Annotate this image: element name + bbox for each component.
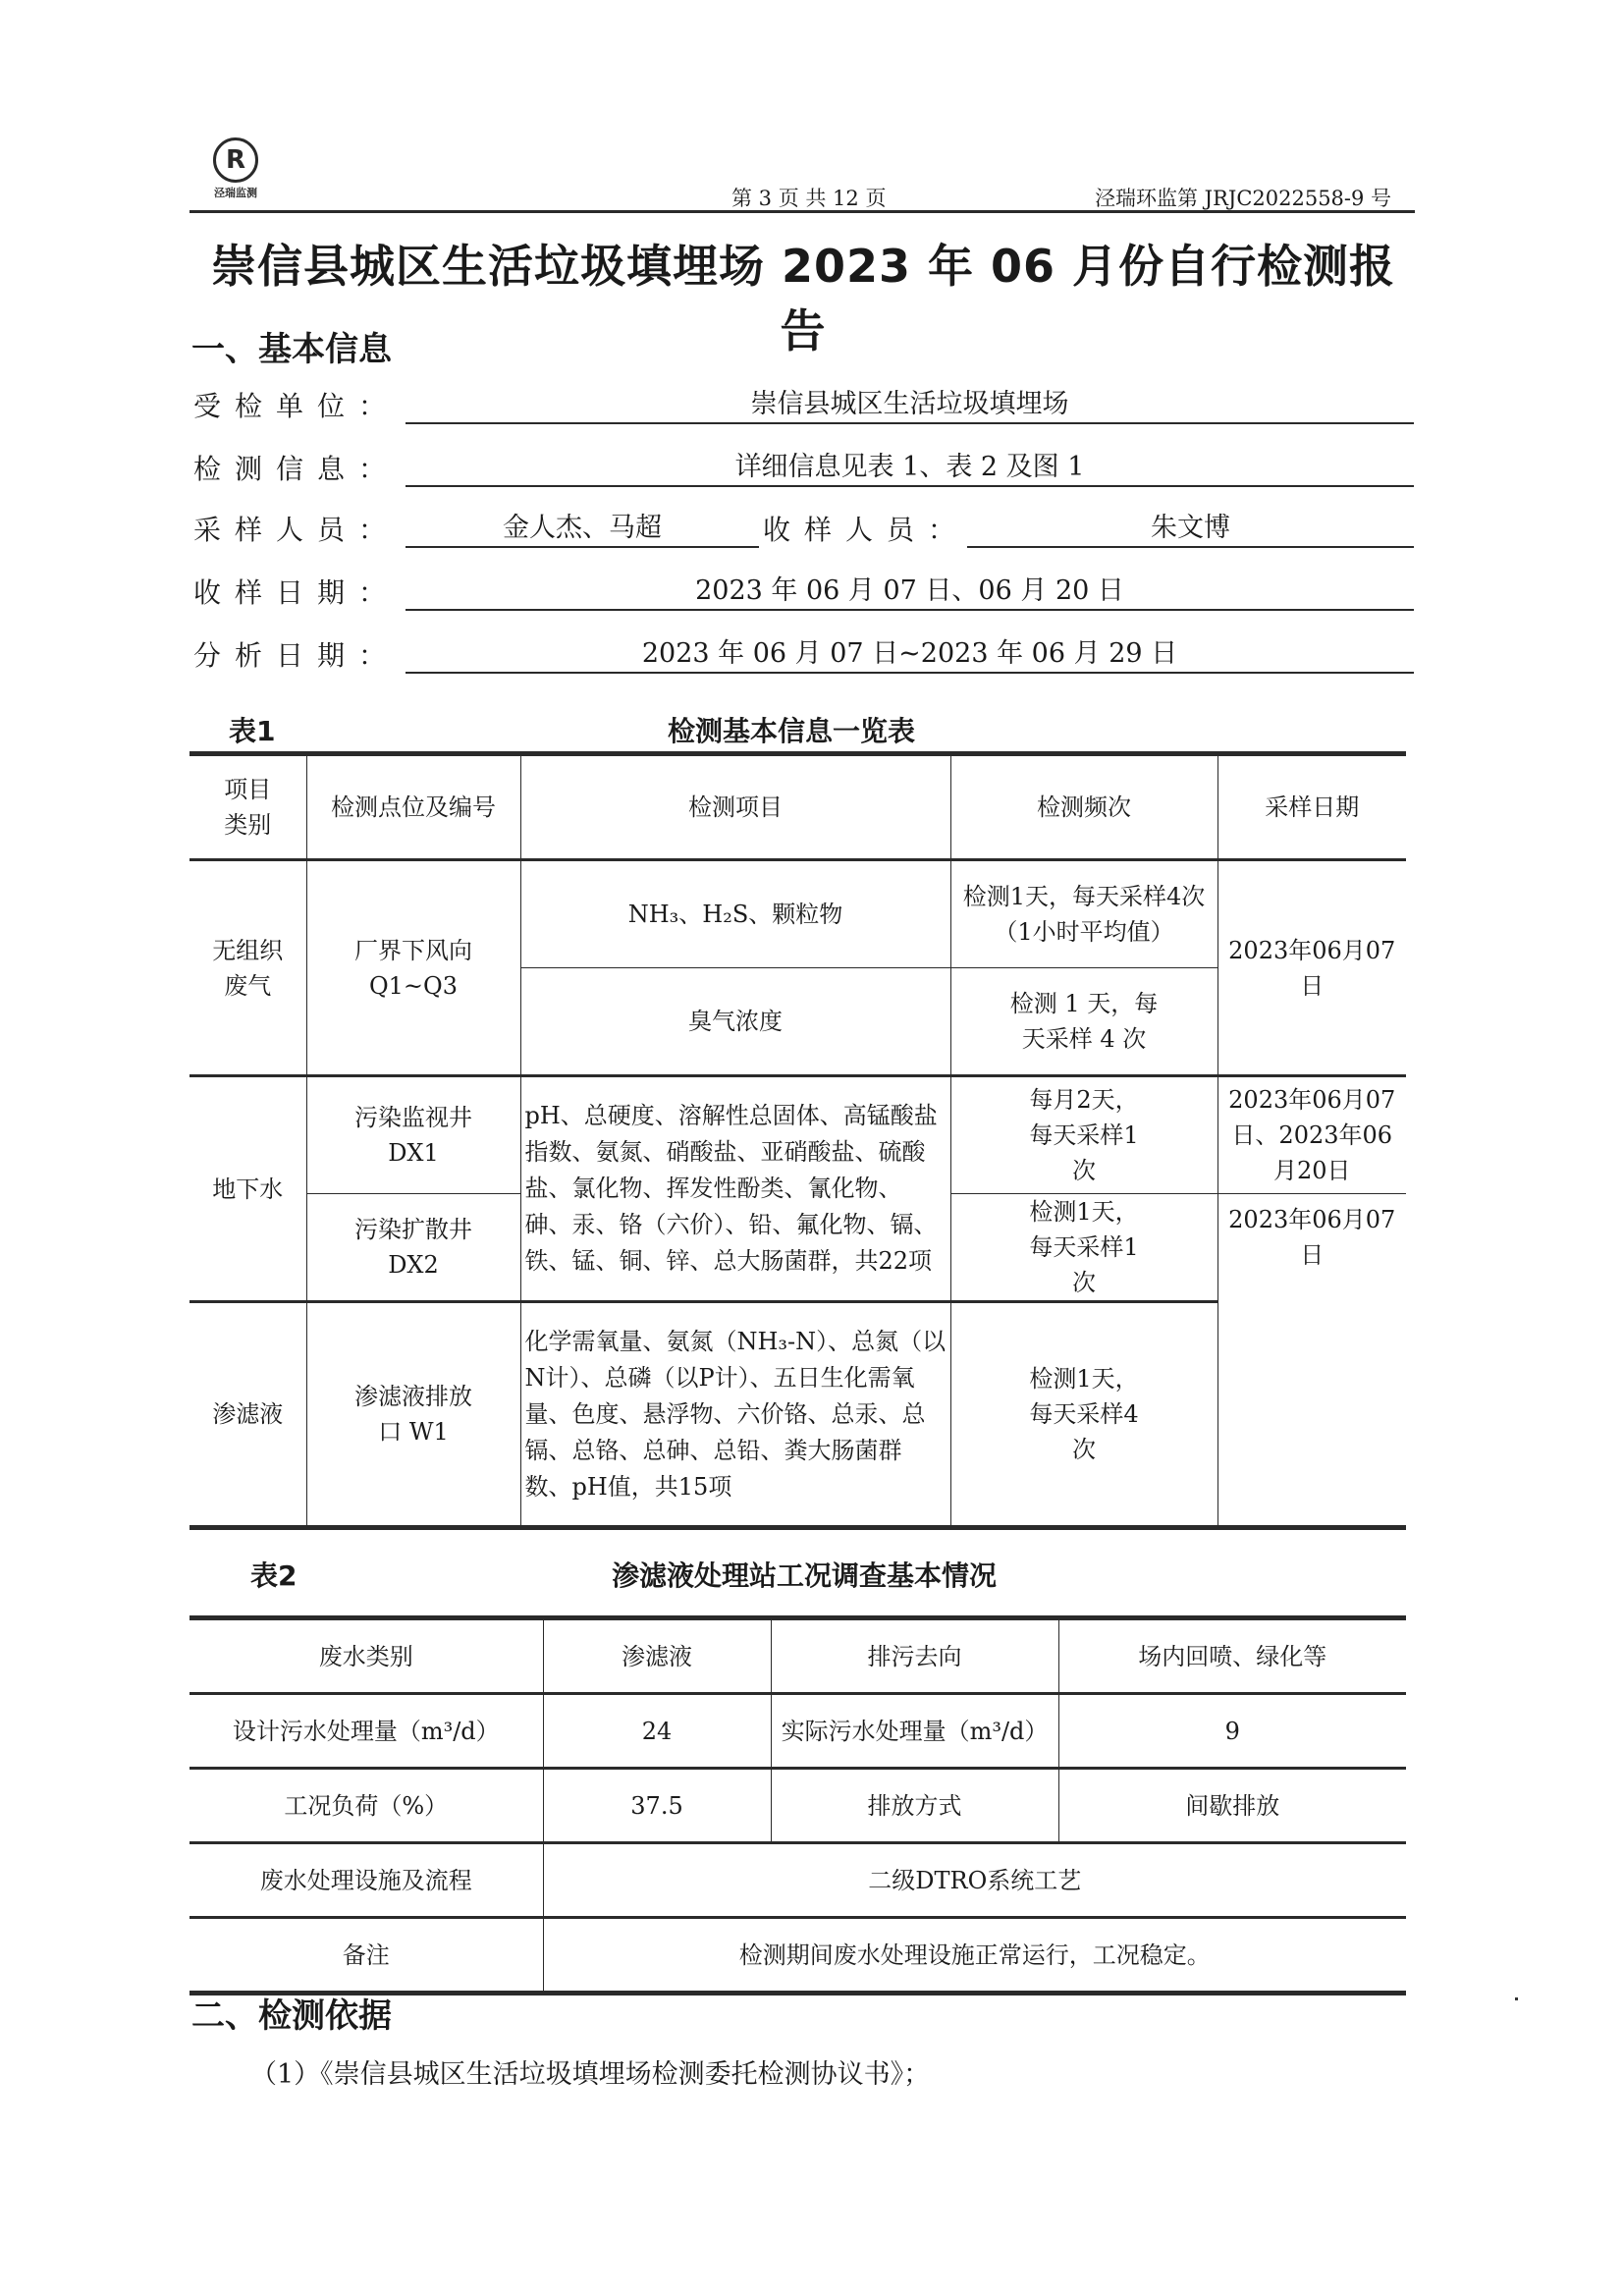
label-remarks: 备注 — [189, 1918, 543, 1994]
table-row: 废水类别 渗滤液 排污去向 场内回喷、绿化等 — [189, 1618, 1406, 1694]
value-actual-capacity: 9 — [1058, 1694, 1406, 1769]
field-label-receive-date: 收样日期： — [193, 572, 400, 611]
category-waste-gas: 无组织废气 — [211, 933, 284, 1004]
label-discharge-destination: 排污去向 — [771, 1618, 1058, 1694]
items-groundwater: pH、总硬度、溶解性总固体、高锰酸盐指数、氨氮、硝酸盐、亚硝酸盐、硫酸盐、氯化物… — [520, 1076, 950, 1302]
value-treatment-process: 二级DTRO系统工艺 — [543, 1843, 1406, 1918]
items-leachate: 化学需氧量、氨氮（NH₃-N）、总氮（以N计）、总磷（以P计）、五日生化需氧量、… — [520, 1302, 950, 1528]
table-row: 设计污水处理量（m³/d） 24 实际污水处理量（m³/d） 9 — [189, 1694, 1406, 1769]
field-value-receiver: 朱文博 — [967, 507, 1414, 548]
point-leachate: 渗滤液排放口 W1 — [352, 1379, 475, 1449]
field-label-receiver: 收样人员： — [763, 509, 969, 548]
label-discharge-mode: 排放方式 — [771, 1769, 1058, 1843]
header-category: 项目类别 — [189, 754, 306, 860]
table1-number: 表1 — [229, 710, 275, 749]
section1-heading: 一、基本信息 — [191, 322, 392, 370]
point-groundwater-dx1: 污染监视井 DX1 — [352, 1100, 475, 1171]
logo-mark-icon: R — [213, 137, 258, 183]
category-groundwater: 地下水 — [189, 1076, 306, 1302]
header-point: 检测点位及编号 — [306, 754, 520, 860]
field-value-analysis-date: 2023 年 06 月 07 日~2023 年 06 月 29 日 — [406, 632, 1414, 674]
label-treatment-process: 废水处理设施及流程 — [189, 1843, 543, 1918]
label-load-rate: 工况负荷（%） — [189, 1769, 543, 1843]
date-waste-gas: 2023年06月07日 — [1227, 933, 1397, 1004]
table-row: 废水处理设施及流程 二级DTRO系统工艺 — [189, 1843, 1406, 1918]
table-row: 备注 检测期间废水处理设施正常运行，工况稳定。 — [189, 1918, 1406, 1994]
company-logo: R 泾瑞监测 — [201, 137, 270, 206]
field-label-inspected-unit: 受检单位： — [193, 385, 400, 424]
category-leachate: 渗滤液 — [189, 1302, 306, 1528]
field-label-analysis-date: 分析日期： — [193, 634, 400, 674]
label-actual-capacity: 实际污水处理量（m³/d） — [771, 1694, 1058, 1769]
date-leachate: 2023年06月07日 — [1227, 1202, 1397, 1273]
value-discharge-destination: 场内回喷、绿化等 — [1058, 1618, 1406, 1694]
label-wastewater-type: 废水类别 — [189, 1618, 543, 1694]
date-groundwater: 2023年06月07日、2023年06月20日 — [1227, 1082, 1397, 1188]
table1-caption: 检测基本信息一览表 — [668, 710, 915, 749]
field-label-samplers: 采样人员： — [193, 509, 400, 548]
table1-header-row: 项目类别 检测点位及编号 检测项目 检测频次 采样日期 — [189, 754, 1406, 860]
field-label-test-info: 检测信息： — [193, 448, 400, 487]
value-load-rate: 37.5 — [543, 1769, 771, 1843]
basis-item-1: （1）《崇信县城区生活垃圾填埋场检测委托检测协议书》； — [250, 2052, 930, 2091]
freq-groundwater-a: 每月2天，每天采样1次 — [1025, 1082, 1143, 1188]
table2-leachate-station: 废水类别 渗滤液 排污去向 场内回喷、绿化等 设计污水处理量（m³/d） 24 … — [189, 1615, 1406, 1995]
table-row: 地下水 污染监视井 DX1 pH、总硬度、溶解性总固体、高锰酸盐指数、氨氮、硝酸… — [189, 1076, 1406, 1194]
document-number: 泾瑞环监第 JRJC2022558-9 号 — [1095, 183, 1391, 212]
header-sample-date: 采样日期 — [1217, 754, 1406, 860]
freq-groundwater-b: 检测1天，每天采样1次 — [1025, 1194, 1143, 1300]
field-value-inspected-unit: 崇信县城区生活垃圾填埋场 — [406, 383, 1414, 424]
header-items: 检测项目 — [520, 754, 950, 860]
freq-waste-gas-b: 检测 1 天，每天采样 4 次 — [1007, 986, 1161, 1057]
items-waste-gas-a: NH₃、H₂S、颗粒物 — [520, 860, 950, 968]
value-discharge-mode: 间歇排放 — [1058, 1769, 1406, 1843]
table2-number: 表2 — [250, 1555, 297, 1594]
freq-waste-gas-a: 检测1天，每天采样4次（1小时平均值） — [950, 860, 1217, 968]
scan-speck — [1515, 1997, 1518, 2000]
field-value-test-info: 详细信息见表 1、表 2 及图 1 — [406, 446, 1414, 487]
freq-leachate: 检测1天，每天采样4次 — [1025, 1361, 1143, 1467]
table1-basic-info: 项目类别 检测点位及编号 检测项目 检测频次 采样日期 无组织废气 厂界下风向 … — [189, 751, 1406, 1530]
value-remarks: 检测期间废水处理设施正常运行，工况稳定。 — [543, 1918, 1406, 1994]
logo-text: 泾瑞监测 — [201, 185, 270, 200]
items-waste-gas-b: 臭气浓度 — [520, 968, 950, 1076]
table-row: 工况负荷（%） 37.5 排放方式 间歇排放 — [189, 1769, 1406, 1843]
table-row: 无组织废气 厂界下风向 Q1~Q3 NH₃、H₂S、颗粒物 检测1天，每天采样4… — [189, 860, 1406, 968]
header-divider — [189, 210, 1415, 213]
point-waste-gas: 厂界下风向 Q1~Q3 — [352, 933, 475, 1004]
section2-heading: 二、检测依据 — [191, 1989, 392, 2037]
field-value-samplers: 金人杰、马超 — [406, 507, 759, 548]
table2-caption: 渗滤液处理站工况调查基本情况 — [612, 1555, 997, 1594]
page-info: 第 3 页 共 12 页 — [731, 183, 886, 212]
value-wastewater-type: 渗滤液 — [543, 1618, 771, 1694]
value-design-capacity: 24 — [543, 1694, 771, 1769]
label-design-capacity: 设计污水处理量（m³/d） — [189, 1694, 543, 1769]
point-groundwater-dx2: 污染扩散井 DX2 — [352, 1212, 475, 1283]
field-value-receive-date: 2023 年 06 月 07 日、06 月 20 日 — [406, 570, 1414, 611]
header-frequency: 检测频次 — [950, 754, 1217, 860]
